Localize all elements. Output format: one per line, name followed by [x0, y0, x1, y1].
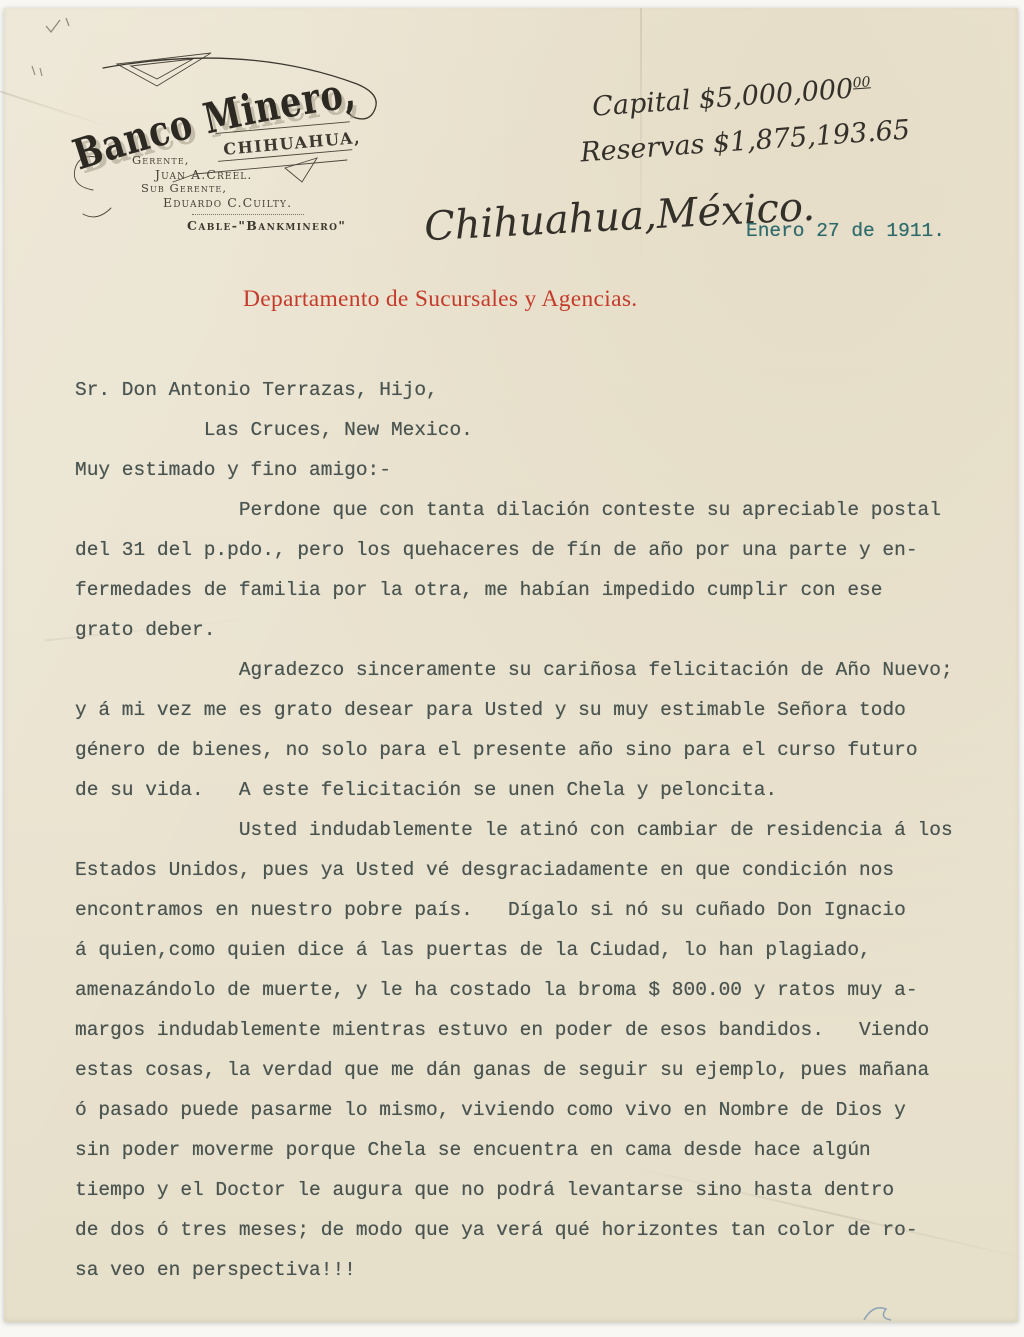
typed-line: de su vida. A este felicitación se unen …	[75, 770, 953, 810]
typed-line: Sr. Don Antonio Terrazas, Hijo,	[75, 370, 953, 410]
typed-line: de dos ó tres meses; de modo que ya verá…	[75, 1210, 953, 1250]
salutation-line: Muy estimado y fino amigo:-	[75, 450, 953, 490]
cable-address: Cable-"Bankminero"	[187, 218, 346, 233]
typed-line: tiempo y el Doctor le augura que no podr…	[75, 1170, 953, 1210]
bank-logo: Banco Minero, Banco Minero, CHIHUAHUA,	[59, 38, 404, 248]
typed-line: Agradezco sinceramente su cariñosa felic…	[75, 650, 953, 690]
officer-name: Eduardo C.Cuilty.	[163, 195, 292, 210]
capital-line: Capital $5,000,00000	[591, 72, 872, 122]
typed-line: estas cosas, la verdad que me dán ganas …	[75, 1050, 953, 1090]
flourish-triangle-icon	[285, 158, 317, 182]
typed-line: amenazándolo de muerte, y le ha costado …	[75, 970, 953, 1010]
typed-line: fermedades de familia por la otra, me ha…	[75, 570, 953, 610]
typed-line: sa veo en perspectiva!!!	[75, 1250, 953, 1290]
department-heading: Departamento de Sucursales y Agencias.	[243, 286, 637, 313]
typed-line: margos indudablemente mientras estuvo en…	[75, 1010, 953, 1050]
scan-background: { "colors": { "paper": "#eae3d0", "typed…	[0, 0, 1024, 1337]
typed-line: grato deber.	[75, 610, 953, 650]
typed-line: á quien,como quien dice á las puertas de…	[75, 930, 953, 970]
typed-line: ó pasado puede pasarme lo mismo, viviend…	[75, 1090, 953, 1130]
typed-line: Estados Unidos, pues ya Usted vé desgrac…	[75, 850, 953, 890]
typed-line: del 31 del p.pdo., pero los quehaceres d…	[75, 530, 953, 570]
date-line: Enero 27 de 1911.	[746, 220, 945, 242]
ink-mark-icon	[862, 1300, 912, 1324]
paragraph-3: Usted indudablemente le atinó con cambia…	[75, 810, 953, 1290]
typed-line: Usted indudablemente le atinó con cambia…	[75, 810, 953, 850]
typed-line: Perdone que con tanta dilación conteste …	[75, 490, 953, 530]
officer-name: Juan A.Creel.	[155, 167, 252, 182]
typed-line: y á mi vez me es grato desear para Usted…	[75, 690, 953, 730]
typed-line: género de bienes, no solo para el presen…	[75, 730, 953, 770]
divider-flourish	[192, 214, 304, 215]
letter-body: Sr. Don Antonio Terrazas, Hijo, Las Cruc…	[75, 370, 953, 1290]
paragraph-1: Perdone que con tanta dilación conteste …	[75, 490, 953, 650]
recipient-block: Sr. Don Antonio Terrazas, Hijo, Las Cruc…	[75, 370, 953, 450]
capital-cents: 00	[852, 74, 871, 91]
typed-line: sin poder moverme porque Chela se encuen…	[75, 1130, 953, 1170]
paragraph-2: Agradezco sinceramente su cariñosa felic…	[75, 650, 953, 810]
typed-line: encontramos en nuestro pobre país. Dígal…	[75, 890, 953, 930]
reserves-line: Reservas $1,875,193.65	[579, 115, 911, 169]
letter-paper: Banco Minero, Banco Minero, CHIHUAHUA, G…	[4, 8, 1018, 1322]
officer-title: Sub Gerente,	[141, 181, 227, 195]
officer-title: Gerente,	[132, 153, 190, 167]
typed-line: Las Cruces, New Mexico.	[75, 410, 953, 450]
flourish-curl-icon	[83, 208, 111, 217]
capital-amount: Capital $5,000,000	[591, 74, 854, 123]
